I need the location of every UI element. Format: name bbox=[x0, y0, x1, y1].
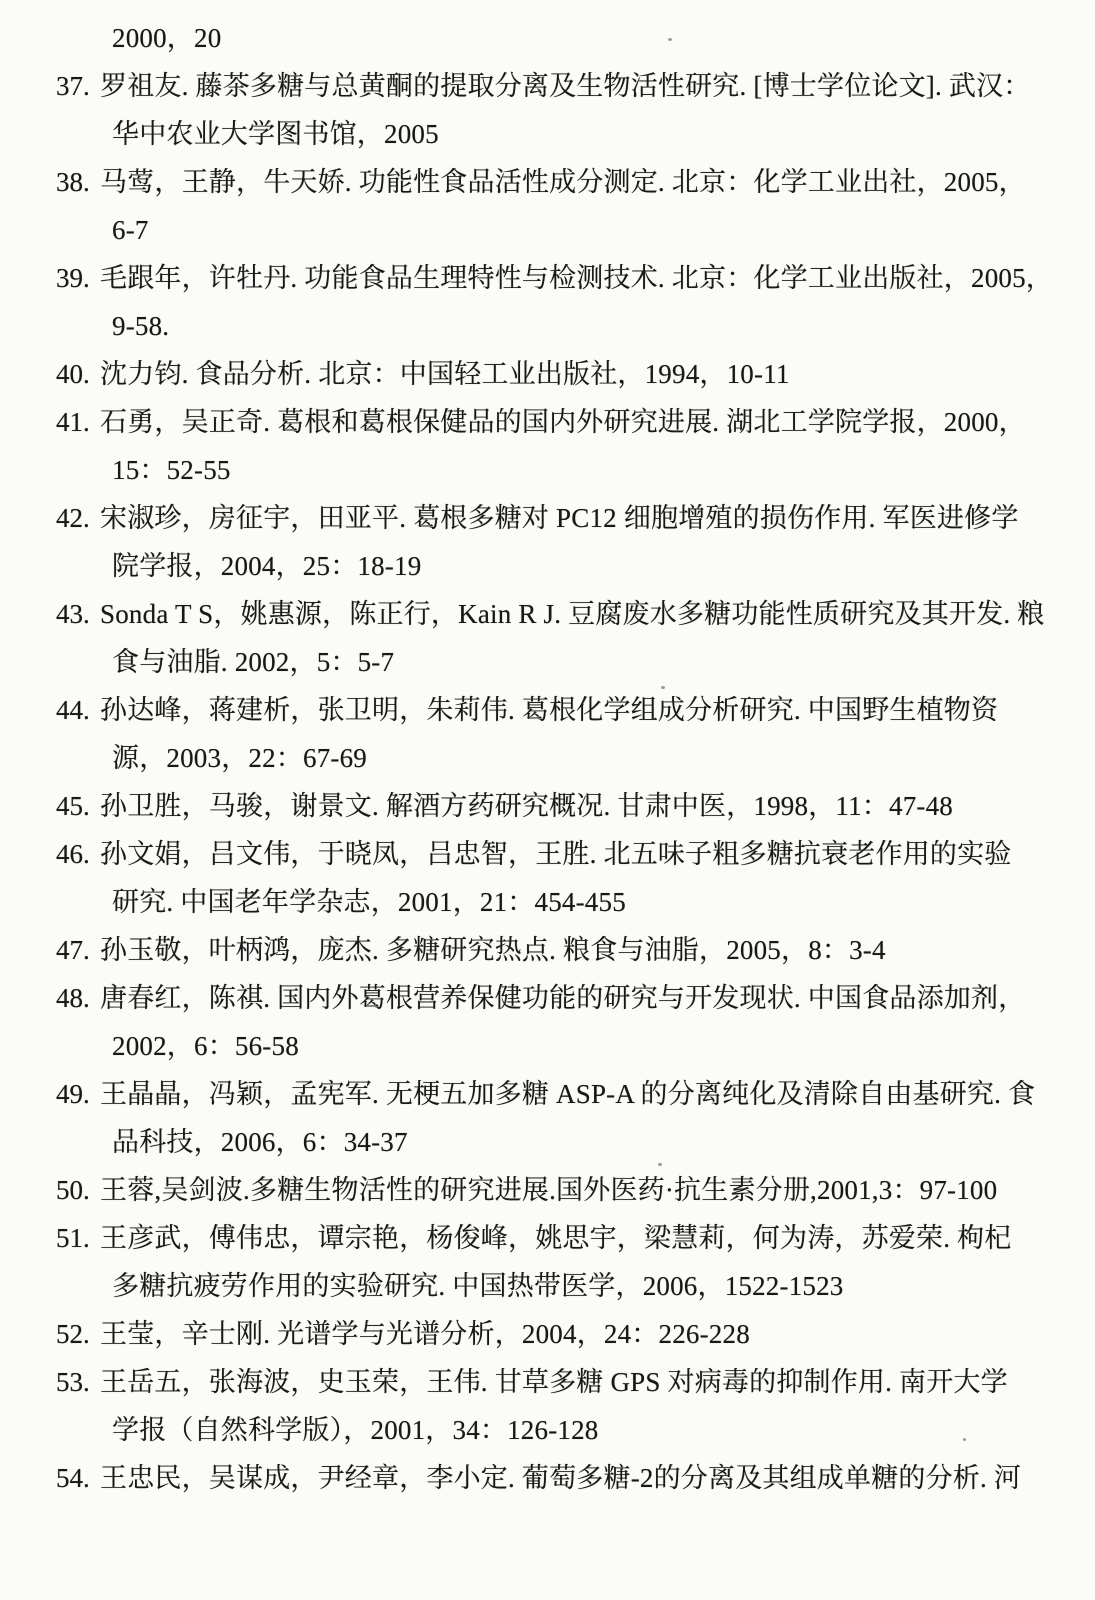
scan-speckle bbox=[661, 686, 665, 689]
reference-entry: 46. 孙文娟，吕文伟，于晓凤，吕忠智，王胜. 北五味子粗多糖抗衰老作用的实验研… bbox=[0, 830, 1095, 926]
reference-line: 王忠民，吴谋成，尹经章，李小定. 葡萄多糖-2的分离及其组成单糖的分析. 河 bbox=[100, 1454, 1095, 1502]
reference-line: 毛跟年，许牡丹. 功能食品生理特性与检测技术. 北京：化学工业出版社，2005， bbox=[100, 254, 1095, 302]
reference-entry: 2000，20 bbox=[0, 14, 1095, 62]
document-page: 2000，20 37. 罗祖友. 藤茶多糖与总黄酮的提取分离及生物活性研究. [… bbox=[0, 0, 1095, 1600]
reference-line: 石勇，吴正奇. 葛根和葛根保健品的国内外研究进展. 湖北工学院学报，2000， bbox=[100, 398, 1095, 446]
reference-line: 2002，6：56-58 bbox=[112, 1022, 1095, 1070]
reference-number: 52. bbox=[56, 1310, 90, 1358]
reference-number: 40. bbox=[56, 350, 90, 398]
reference-lines: 王蓉,吴剑波.多糖生物活性的研究进展.国外医药·抗生素分册,2001,3：97-… bbox=[100, 1166, 1095, 1214]
reference-entry: 50. 王蓉,吴剑波.多糖生物活性的研究进展.国外医药·抗生素分册,2001,3… bbox=[0, 1166, 1095, 1214]
reference-number: 44. bbox=[56, 686, 90, 734]
reference-line: 华中农业大学图书馆，2005 bbox=[112, 110, 1095, 158]
reference-number: 47. bbox=[56, 926, 90, 974]
reference-number: 49. bbox=[56, 1070, 90, 1118]
scan-speckle bbox=[963, 1438, 966, 1441]
reference-line: 王莹，辛士刚. 光谱学与光谱分析，2004，24：226-228 bbox=[100, 1310, 1095, 1358]
reference-lines: 2000，20 bbox=[100, 14, 1095, 62]
reference-number: 48. bbox=[56, 974, 90, 1022]
reference-line: 学报（自然科学版），2001，34：126-128 bbox=[112, 1406, 1095, 1454]
reference-entry: 47. 孙玉敬，叶柄鸿，庞杰. 多糖研究热点. 粮食与油脂，2005，8：3-4 bbox=[0, 926, 1095, 974]
reference-lines: 王莹，辛士刚. 光谱学与光谱分析，2004，24：226-228 bbox=[100, 1310, 1095, 1358]
reference-lines: 王忠民，吴谋成，尹经章，李小定. 葡萄多糖-2的分离及其组成单糖的分析. 河 bbox=[100, 1454, 1095, 1502]
reference-line: 唐春红，陈祺. 国内外葛根营养保健功能的研究与开发现状. 中国食品添加剂， bbox=[100, 974, 1095, 1022]
reference-entry: 52. 王莹，辛士刚. 光谱学与光谱分析，2004，24：226-228 bbox=[0, 1310, 1095, 1358]
reference-lines: 孙卫胜，马骏，谢景文. 解酒方药研究概况. 甘肃中医，1998，11：47-48 bbox=[100, 782, 1095, 830]
reference-number: 53. bbox=[56, 1358, 90, 1406]
reference-number: 41. bbox=[56, 398, 90, 446]
reference-lines: 沈力钧. 食品分析. 北京：中国轻工业出版社，1994，10-11 bbox=[100, 350, 1095, 398]
reference-line: 孙文娟，吕文伟，于晓凤，吕忠智，王胜. 北五味子粗多糖抗衰老作用的实验 bbox=[100, 830, 1095, 878]
reference-lines: 王晶晶，冯颖，孟宪军. 无梗五加多糖 ASP-A 的分离纯化及清除自由基研究. … bbox=[100, 1070, 1095, 1166]
reference-entry: 41. 石勇，吴正奇. 葛根和葛根保健品的国内外研究进展. 湖北工学院学报，20… bbox=[0, 398, 1095, 494]
reference-number: 54. bbox=[56, 1454, 90, 1502]
reference-number: 39. bbox=[56, 254, 90, 302]
reference-lines: Sonda T S，姚惠源，陈正行，Kain R J. 豆腐废水多糖功能性质研究… bbox=[100, 590, 1095, 686]
reference-line: 院学报，2004，25：18-19 bbox=[112, 542, 1095, 590]
reference-entry: 54. 王忠民，吴谋成，尹经章，李小定. 葡萄多糖-2的分离及其组成单糖的分析.… bbox=[0, 1454, 1095, 1502]
reference-lines: 孙达峰，蒋建析，张卫明，朱莉伟. 葛根化学组成分析研究. 中国野生植物资源，20… bbox=[100, 686, 1095, 782]
reference-line: 食与油脂. 2002，5：5-7 bbox=[112, 638, 1095, 686]
reference-entry: 53. 王岳五，张海波，史玉荣，王伟. 甘草多糖 GPS 对病毒的抑制作用. 南… bbox=[0, 1358, 1095, 1454]
reference-entry: 38. 马莺，王静，牛天娇. 功能性食品活性成分测定. 北京：化学工业出社，20… bbox=[0, 158, 1095, 254]
reference-lines: 王岳五，张海波，史玉荣，王伟. 甘草多糖 GPS 对病毒的抑制作用. 南开大学学… bbox=[100, 1358, 1095, 1454]
reference-entry: 37. 罗祖友. 藤茶多糖与总黄酮的提取分离及生物活性研究. [博士学位论文].… bbox=[0, 62, 1095, 158]
reference-entry: 48. 唐春红，陈祺. 国内外葛根营养保健功能的研究与开发现状. 中国食品添加剂… bbox=[0, 974, 1095, 1070]
reference-entry: 42. 宋淑珍，房征宇，田亚平. 葛根多糖对 PC12 细胞增殖的损伤作用. 军… bbox=[0, 494, 1095, 590]
reference-lines: 王彦武，傅伟忠，谭宗艳，杨俊峰，姚思宇，梁慧莉，何为涛，苏爱荣. 枸杞多糖抗疲劳… bbox=[100, 1214, 1095, 1310]
reference-lines: 孙玉敬，叶柄鸿，庞杰. 多糖研究热点. 粮食与油脂，2005，8：3-4 bbox=[100, 926, 1095, 974]
reference-entry: 44. 孙达峰，蒋建析，张卫明，朱莉伟. 葛根化学组成分析研究. 中国野生植物资… bbox=[0, 686, 1095, 782]
reference-number: 51. bbox=[56, 1214, 90, 1262]
reference-line: 马莺，王静，牛天娇. 功能性食品活性成分测定. 北京：化学工业出社，2005， bbox=[100, 158, 1095, 206]
reference-entry: 45. 孙卫胜，马骏，谢景文. 解酒方药研究概况. 甘肃中医，1998，11：4… bbox=[0, 782, 1095, 830]
reference-lines: 孙文娟，吕文伟，于晓凤，吕忠智，王胜. 北五味子粗多糖抗衰老作用的实验研究. 中… bbox=[100, 830, 1095, 926]
reference-line: 王岳五，张海波，史玉荣，王伟. 甘草多糖 GPS 对病毒的抑制作用. 南开大学 bbox=[100, 1358, 1095, 1406]
reference-line: 孙达峰，蒋建析，张卫明，朱莉伟. 葛根化学组成分析研究. 中国野生植物资 bbox=[100, 686, 1095, 734]
reference-lines: 唐春红，陈祺. 国内外葛根营养保健功能的研究与开发现状. 中国食品添加剂，200… bbox=[100, 974, 1095, 1070]
reference-line: 罗祖友. 藤茶多糖与总黄酮的提取分离及生物活性研究. [博士学位论文]. 武汉： bbox=[100, 62, 1095, 110]
reference-line: 研究. 中国老年学杂志，2001，21：454-455 bbox=[112, 878, 1095, 926]
reference-list: 2000，20 37. 罗祖友. 藤茶多糖与总黄酮的提取分离及生物活性研究. [… bbox=[0, 14, 1095, 1502]
reference-number: 37. bbox=[56, 62, 90, 110]
reference-line: 15：52-55 bbox=[112, 446, 1095, 494]
reference-line: 孙卫胜，马骏，谢景文. 解酒方药研究概况. 甘肃中医，1998，11：47-48 bbox=[100, 782, 1095, 830]
scan-speckle bbox=[668, 38, 672, 41]
reference-line: 王晶晶，冯颖，孟宪军. 无梗五加多糖 ASP-A 的分离纯化及清除自由基研究. … bbox=[100, 1070, 1095, 1118]
reference-line: 2000，20 bbox=[112, 14, 1095, 62]
reference-line: 孙玉敬，叶柄鸿，庞杰. 多糖研究热点. 粮食与油脂，2005，8：3-4 bbox=[100, 926, 1095, 974]
scan-speckle bbox=[658, 1163, 662, 1166]
reference-line: 品科技，2006，6：34-37 bbox=[112, 1118, 1095, 1166]
reference-line: 宋淑珍，房征宇，田亚平. 葛根多糖对 PC12 细胞增殖的损伤作用. 军医进修学 bbox=[100, 494, 1095, 542]
reference-lines: 罗祖友. 藤茶多糖与总黄酮的提取分离及生物活性研究. [博士学位论文]. 武汉：… bbox=[100, 62, 1095, 158]
reference-number: 45. bbox=[56, 782, 90, 830]
reference-line: 9-58. bbox=[112, 302, 1095, 350]
reference-entry: 49. 王晶晶，冯颖，孟宪军. 无梗五加多糖 ASP-A 的分离纯化及清除自由基… bbox=[0, 1070, 1095, 1166]
reference-entry: 39. 毛跟年，许牡丹. 功能食品生理特性与检测技术. 北京：化学工业出版社，2… bbox=[0, 254, 1095, 350]
reference-number: 43. bbox=[56, 590, 90, 638]
reference-number: 50. bbox=[56, 1166, 90, 1214]
reference-entry: 40. 沈力钧. 食品分析. 北京：中国轻工业出版社，1994，10-11 bbox=[0, 350, 1095, 398]
reference-lines: 宋淑珍，房征宇，田亚平. 葛根多糖对 PC12 细胞增殖的损伤作用. 军医进修学… bbox=[100, 494, 1095, 590]
reference-number: 38. bbox=[56, 158, 90, 206]
reference-line: 王蓉,吴剑波.多糖生物活性的研究进展.国外医药·抗生素分册,2001,3：97-… bbox=[100, 1166, 1095, 1214]
reference-lines: 毛跟年，许牡丹. 功能食品生理特性与检测技术. 北京：化学工业出版社，2005，… bbox=[100, 254, 1095, 350]
reference-entry: 51. 王彦武，傅伟忠，谭宗艳，杨俊峰，姚思宇，梁慧莉，何为涛，苏爱荣. 枸杞多… bbox=[0, 1214, 1095, 1310]
reference-line: 源，2003，22：67-69 bbox=[112, 734, 1095, 782]
reference-entry: 43. Sonda T S，姚惠源，陈正行，Kain R J. 豆腐废水多糖功能… bbox=[0, 590, 1095, 686]
reference-number: 46. bbox=[56, 830, 90, 878]
reference-lines: 石勇，吴正奇. 葛根和葛根保健品的国内外研究进展. 湖北工学院学报，2000，1… bbox=[100, 398, 1095, 494]
reference-line: 6-7 bbox=[112, 206, 1095, 254]
reference-line: 沈力钧. 食品分析. 北京：中国轻工业出版社，1994，10-11 bbox=[100, 350, 1095, 398]
reference-line: 多糖抗疲劳作用的实验研究. 中国热带医学，2006，1522-1523 bbox=[112, 1262, 1095, 1310]
reference-number: 42. bbox=[56, 494, 90, 542]
reference-line: Sonda T S，姚惠源，陈正行，Kain R J. 豆腐废水多糖功能性质研究… bbox=[100, 590, 1095, 638]
reference-lines: 马莺，王静，牛天娇. 功能性食品活性成分测定. 北京：化学工业出社，2005，6… bbox=[100, 158, 1095, 254]
reference-line: 王彦武，傅伟忠，谭宗艳，杨俊峰，姚思宇，梁慧莉，何为涛，苏爱荣. 枸杞 bbox=[100, 1214, 1095, 1262]
